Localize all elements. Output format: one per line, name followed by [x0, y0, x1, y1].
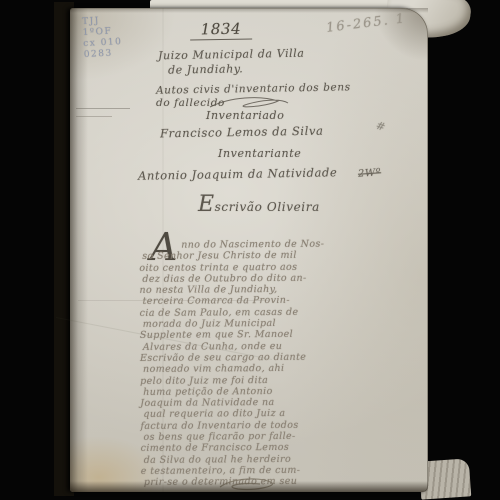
bottom-edge-shadow — [70, 481, 428, 492]
body-paragraph: nno do Nascimento de Nos- so Senhor Jesu… — [139, 238, 403, 488]
inventariante-label: Inventariante — [218, 147, 301, 160]
gutter-shadow — [70, 8, 88, 492]
inventariante-name: Antonio Joaquim da Natividade — [138, 165, 338, 182]
court-title-line1: Juizo Municipal da Villa — [158, 47, 305, 63]
margin-scribble-mark: 2Wº — [358, 167, 382, 180]
inventariado-label: Inventariado — [206, 109, 284, 122]
pencil-dash-mark — [76, 108, 130, 109]
clerk-signature-line: Escrivão Oliveira — [198, 192, 320, 217]
year-heading: 1834 — [190, 19, 252, 40]
court-title-line2: de Jundiahy. — [168, 62, 243, 76]
inventariado-name: Francisco Lemos da Silva — [160, 124, 324, 141]
pencil-hash-mark: # — [374, 119, 387, 134]
top-edge-shadow — [70, 8, 428, 13]
photo-canvas: TJJ 1ºOF cx 010 0283 1834 16-265. 1 Juiz… — [0, 0, 500, 500]
manuscript-page: TJJ 1ºOF cx 010 0283 1834 16-265. 1 Juiz… — [70, 8, 428, 492]
pencil-dash-mark — [76, 116, 112, 117]
archive-code-stamp: TJJ 1ºOF cx 010 0283 — [82, 15, 123, 61]
